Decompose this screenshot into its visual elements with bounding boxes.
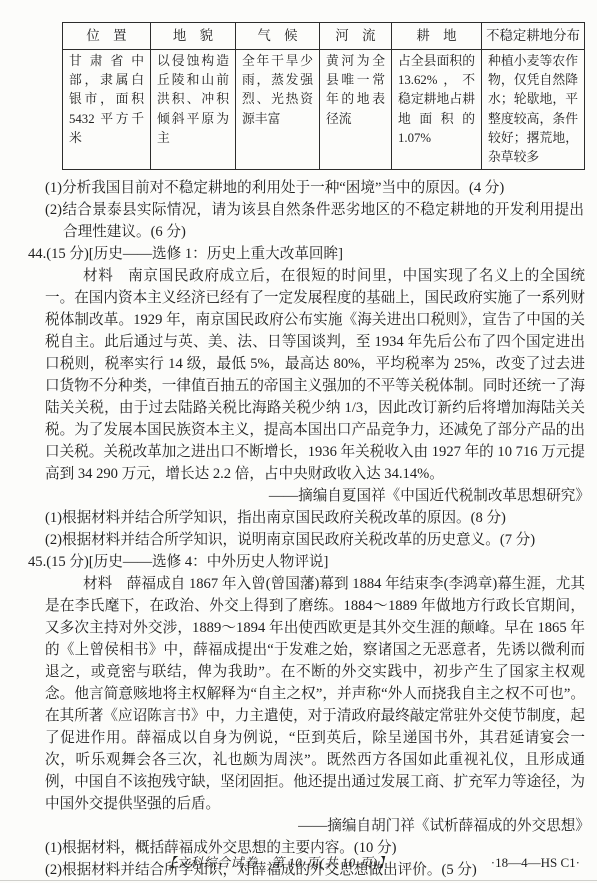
material-text: 南京国民政府成立后，在很短的时间里，中国实现了名义上的全国统一。在国内资本主义经… [45, 268, 585, 482]
footer-paper-code: ·18—4—HS C1· [491, 852, 580, 874]
table-header-landform: 地 貌 [151, 23, 236, 50]
page-footer: 【文科综合试卷 第 10 页(共 10 页)】 ·18—4—HS C1· [0, 852, 597, 874]
geo-subquestion-2: (2)结合景泰县实际情况，请为该县自然条件恶劣地区的不稳定耕地的开发利用提出合理… [45, 199, 584, 243]
material-label: 材料 [83, 576, 112, 592]
table-header-row: 位 置 地 貌 气 候 河 流 耕 地 不稳定耕地分布 [63, 23, 585, 50]
table-cell-cultivated-land: 占全县面积的 13.62%，不稳定耕地占耕地面积的 1.07% [392, 50, 482, 170]
table-header-position: 位 置 [63, 23, 151, 50]
question-44-subquestion-2: (2)根据材料并结合所学知识，说明南京国民政府关税改革的历史意义。(7 分) [45, 529, 584, 551]
table-header-unstable-land: 不稳定耕地分布 [482, 23, 585, 50]
exam-page: 位 置 地 貌 气 候 河 流 耕 地 不稳定耕地分布 甘肃省中部，隶属白银市，… [0, 0, 597, 883]
footer-exam-page-label: 【文科综合试卷 第 10 页(共 10 页)】 [163, 852, 391, 874]
geo-conditions-table: 位 置 地 貌 气 候 河 流 耕 地 不稳定耕地分布 甘肃省中部，隶属白银市，… [62, 22, 585, 170]
question-45-heading: 45.(15 分)[历史——选修 4：中外历史人物评说] [28, 551, 584, 573]
table-cell-unstable-land: 种植小麦等农作物，仅凭自然降水；轮歇地，平整度较高，条件较好；撂荒地，杂草较多 [482, 50, 585, 170]
question-44-subquestion-1: (1)根据材料并结合所学知识，指出南京国民政府关税改革的原因。(8 分) [45, 507, 584, 529]
question-44-heading: 44.(15 分)[历史——选修 1：历史上重大改革回眸] [28, 243, 584, 265]
question-45-source: ——摘编自胡门祥《试析薛福成的外交思想》 [45, 815, 592, 837]
table-cell-landform: 以侵蚀构造丘陵和山前洪积、冲积倾斜平原为主 [151, 50, 236, 170]
geo-subquestion-1: (1)分析我国目前对不稳定耕地的利用处于一种“困境”当中的原因。(4 分) [45, 177, 584, 199]
question-44-source: ——摘编自夏国祥《中国近代税制改革思想研究》 [45, 485, 592, 507]
table-cell-climate: 全年干旱少雨，蒸发强烈、光热资源丰富 [236, 50, 320, 170]
table-header-river: 河 流 [320, 23, 392, 50]
question-45-material: 材料薛福成自 1867 年入曾(曾国藩)幕到 1884 年结束李(李鸿章)幕生涯… [45, 573, 585, 815]
scan-edge-line [0, 880, 597, 881]
table-cell-river: 黄河为全县唯一常年的地表径流 [320, 50, 392, 170]
table-header-climate: 气 候 [236, 23, 320, 50]
material-label: 材料 [83, 268, 114, 284]
question-44-material: 材料南京国民政府成立后，在很短的时间里，中国实现了名义上的全国统一。在国内资本主… [45, 265, 585, 485]
table-cell-position: 甘肃省中部，隶属白银市，面积 5432 平方千米 [63, 50, 151, 170]
table-row: 甘肃省中部，隶属白银市，面积 5432 平方千米 以侵蚀构造丘陵和山前洪积、冲积… [63, 50, 585, 170]
material-text: 薛福成自 1867 年入曾(曾国藩)幕到 1884 年结束李(李鸿章)幕生涯，尤… [45, 576, 585, 812]
table-header-cultivated-land: 耕 地 [392, 23, 482, 50]
